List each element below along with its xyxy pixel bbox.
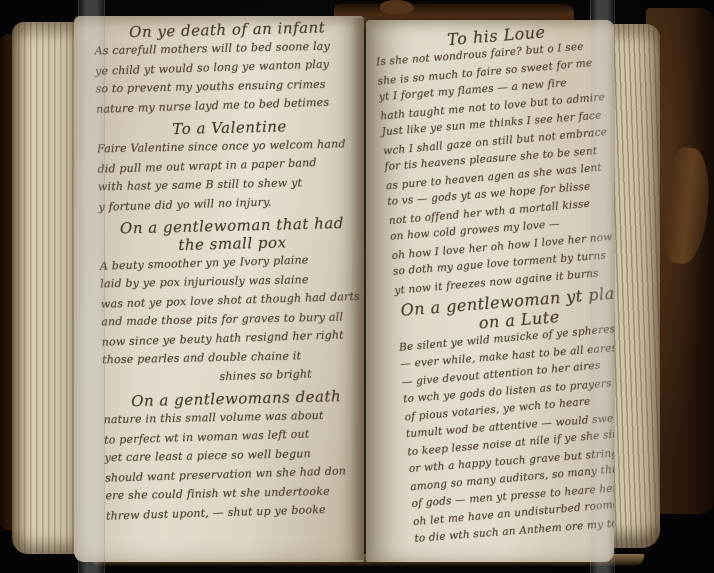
- poem-section: To a ValentineFaire Valentine since once…: [96, 115, 364, 215]
- poem-section: On ye death of an infantAs carefull moth…: [94, 18, 362, 118]
- page-edges-left: [12, 22, 78, 554]
- book-strap-right: [590, 0, 615, 573]
- right-page-text: To his LoueIs she not wondrous faire? bu…: [374, 20, 614, 550]
- poem-section: On a gentlewomans deathnature in this sm…: [103, 386, 364, 524]
- right-page: To his LoueIs she not wondrous faire? bu…: [366, 20, 614, 562]
- manuscript-photo: On ye death of an infantAs carefull moth…: [0, 0, 714, 573]
- poem-section: On a gentlewoman that hadthe small poxA …: [99, 213, 364, 388]
- poem-section: To his LoueIs she not wondrous faire? bu…: [374, 20, 614, 299]
- poem-section: On a gentlewoman yt playdon a LuteBe sil…: [395, 282, 614, 549]
- book-strap-left: [78, 0, 105, 573]
- left-page: On ye death of an infantAs carefull moth…: [74, 16, 364, 562]
- left-page-text: On ye death of an infantAs carefull moth…: [94, 18, 364, 529]
